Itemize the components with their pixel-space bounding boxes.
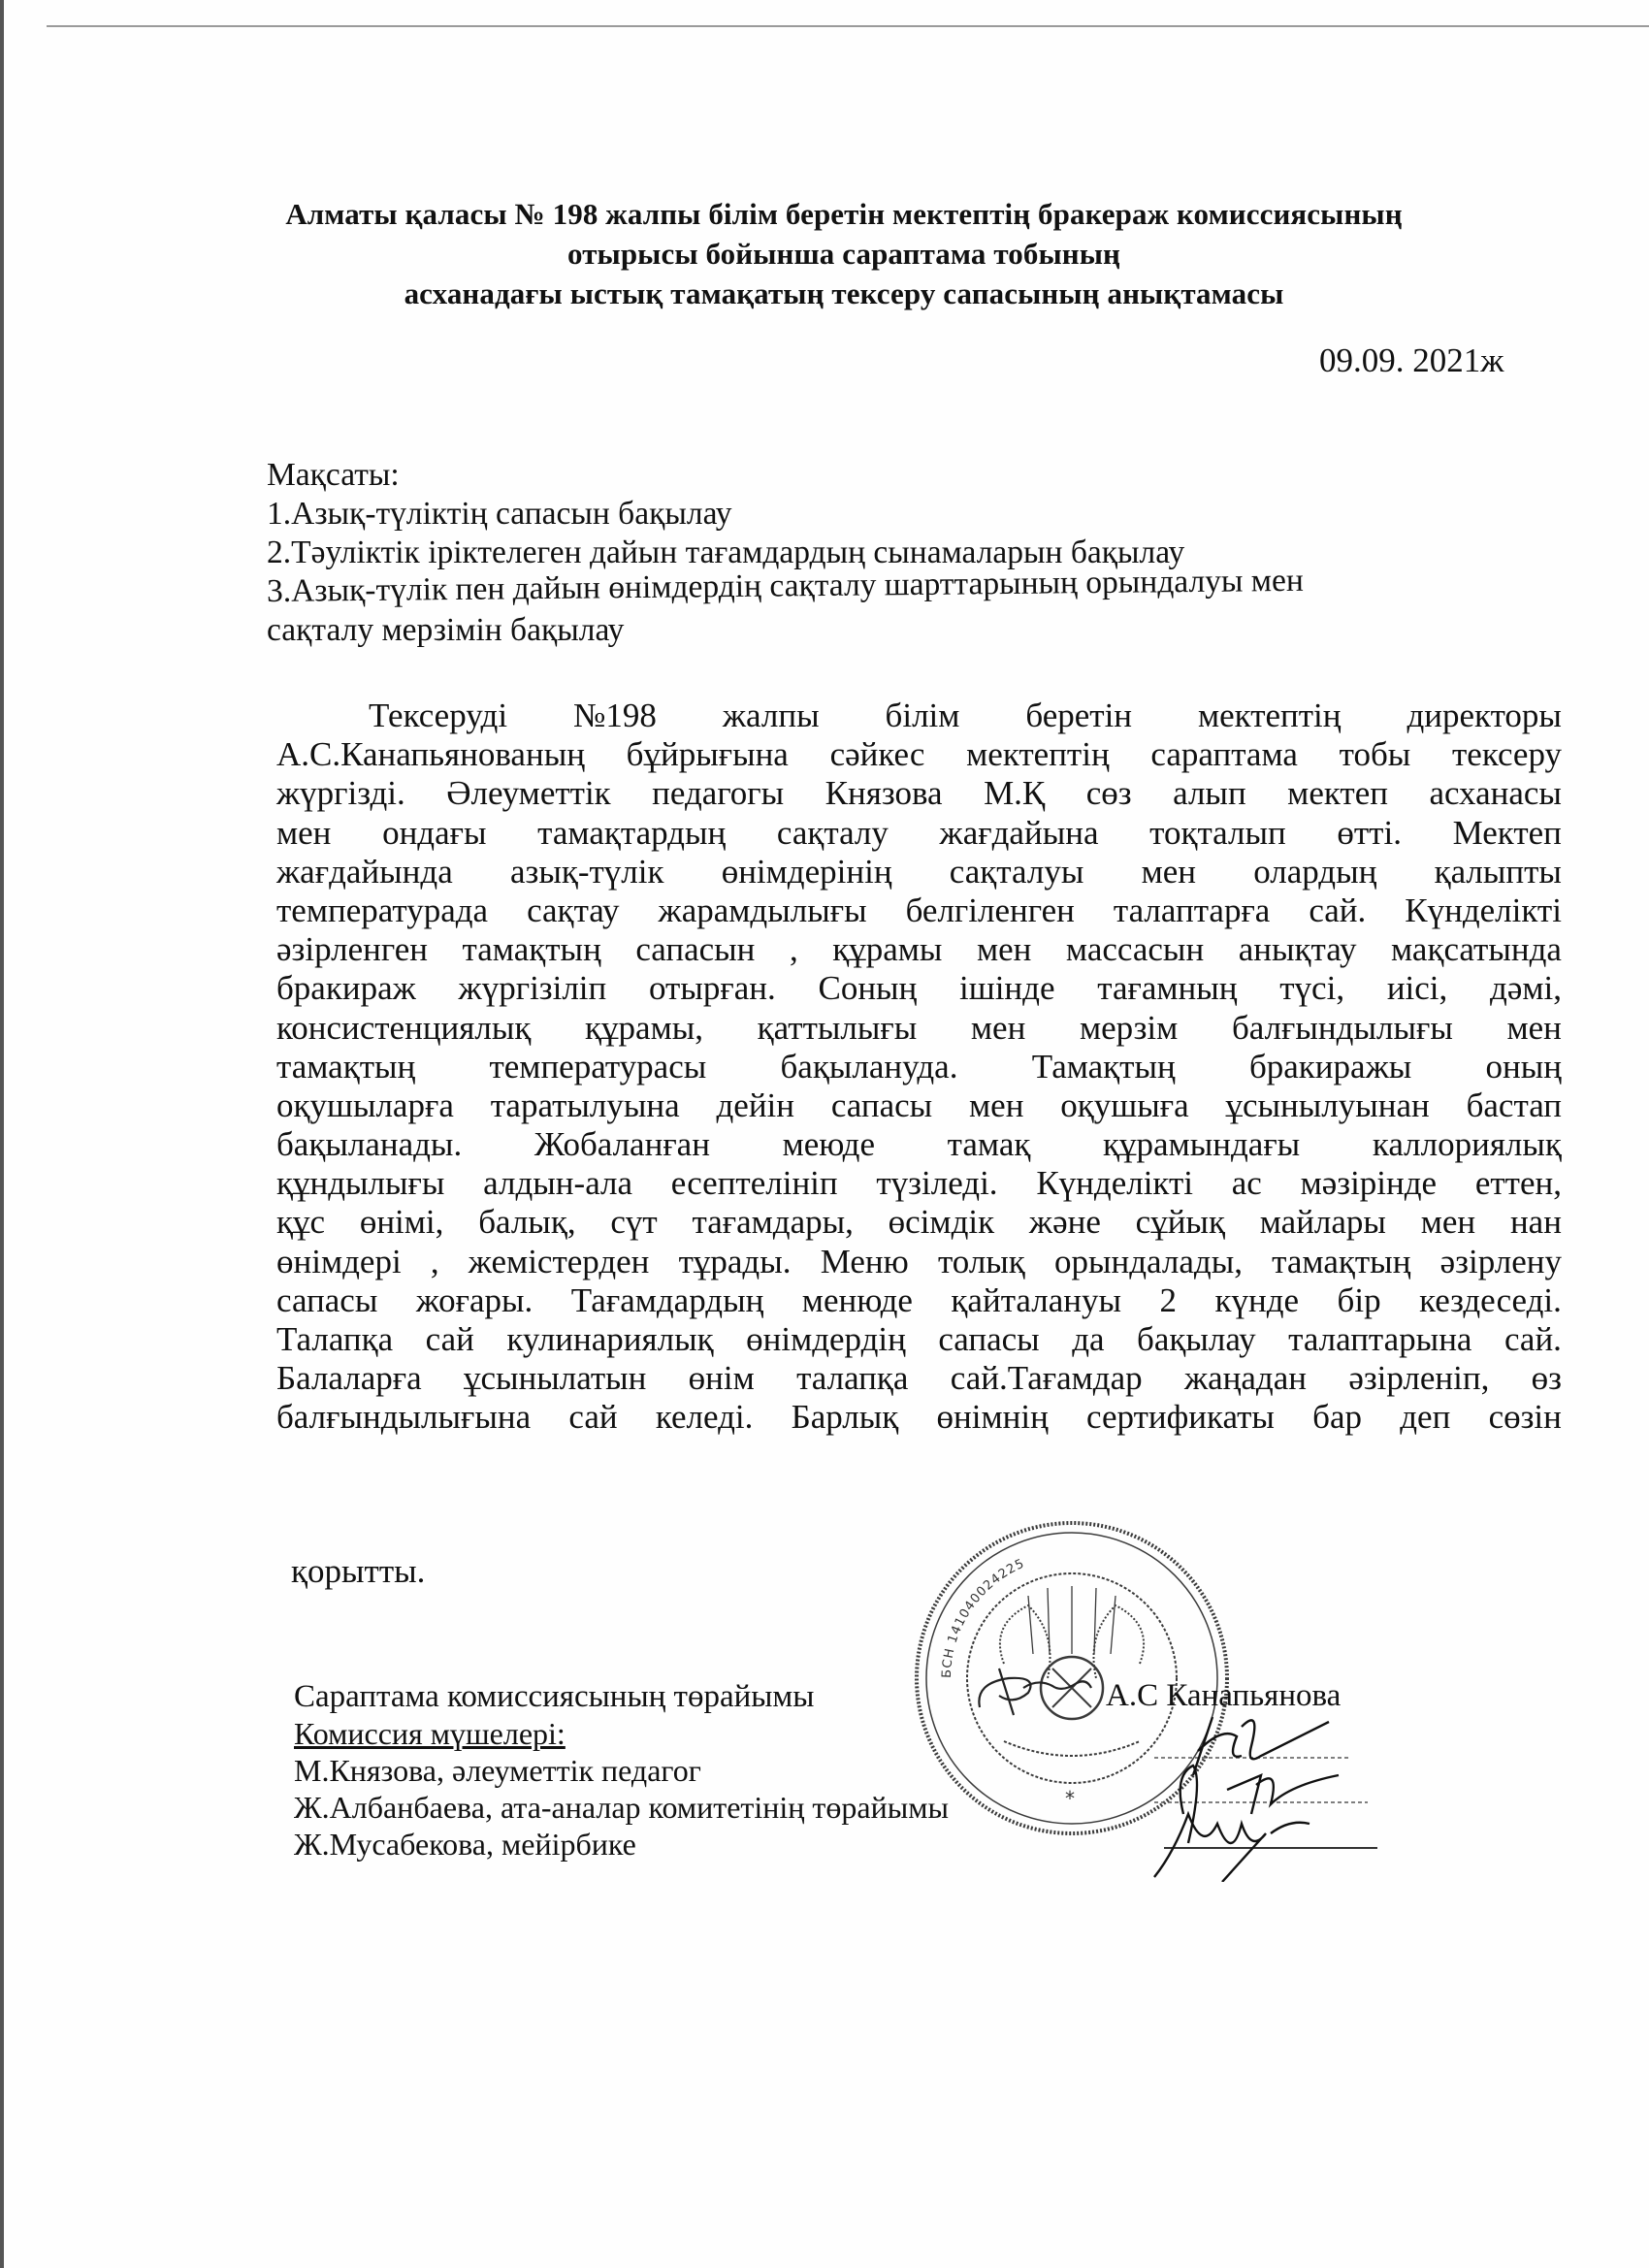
word: келеді. <box>656 1398 754 1437</box>
word: сөзін <box>1489 1398 1562 1437</box>
word: сертификаты <box>1086 1398 1275 1437</box>
word: өнім <box>689 1359 755 1398</box>
word: сараптама <box>1150 735 1298 774</box>
body-line: құндылығыалдын-алаесептелініптүзіледі.Кү… <box>276 1164 1562 1203</box>
word: да <box>1072 1320 1104 1359</box>
word: құндылығы <box>276 1164 444 1203</box>
word: Меню <box>821 1243 909 1281</box>
word: мәзірінде <box>1301 1164 1438 1203</box>
word: бақылануда. <box>780 1048 957 1086</box>
word: нан <box>1510 1203 1562 1242</box>
body-line: сапасыжоғары.Тағамдардыңменюдеқайталануы… <box>276 1281 1562 1320</box>
word: бір <box>1338 1281 1381 1320</box>
word: тобы <box>1340 735 1411 774</box>
body-line: Талапқасайкулинариялықөнімдердіңсапасыда… <box>276 1320 1562 1359</box>
word: өнімі, <box>360 1203 444 1242</box>
word: мектептің <box>966 735 1110 774</box>
word: жағдайында <box>276 853 453 891</box>
word: асханасы <box>1429 774 1562 813</box>
word: сақталуы <box>950 853 1084 891</box>
word: сөз <box>1086 774 1132 813</box>
body-line: балғындылығынасайкеледі.Барлықөнімніңсер… <box>276 1398 1562 1437</box>
closing-word: қорытты. <box>291 1552 425 1591</box>
word: талапқа <box>796 1359 908 1398</box>
word: сәйкес <box>830 735 925 774</box>
word: мен <box>977 930 1031 969</box>
word: өнімдері <box>276 1243 402 1281</box>
chair-signature-icon <box>970 1649 1115 1717</box>
word: Мектеп <box>1453 814 1562 853</box>
word: жарамдылығы <box>659 891 867 930</box>
word: сай. <box>1504 1320 1562 1359</box>
word: бақылау <box>1137 1320 1256 1359</box>
word: сай <box>426 1320 474 1359</box>
word: мақсатында <box>1391 930 1562 969</box>
word: 2 <box>1160 1281 1178 1320</box>
word: деп <box>1400 1398 1450 1437</box>
word: бар <box>1312 1398 1362 1437</box>
word: жағдайына <box>940 814 1099 853</box>
word: қаттылығы <box>758 1009 918 1048</box>
word: Тамақтың <box>1032 1048 1176 1086</box>
word: сай. <box>1309 891 1366 930</box>
word: ұсынылуынан <box>1225 1086 1429 1125</box>
word: өнімдердің <box>746 1320 906 1359</box>
word: құрамы <box>832 930 942 969</box>
word: алдын-ала <box>483 1164 632 1203</box>
word: Тағамдардың <box>571 1281 764 1320</box>
body-line: А.С.Канапьянованыңбұйрығынасәйкесмектепт… <box>276 735 1562 774</box>
word: алып <box>1173 774 1246 813</box>
word: білім <box>886 697 960 735</box>
word: тамақтың <box>1272 1243 1410 1281</box>
body-line: әзірленгентамақтыңсапасын,құрамыменмасса… <box>276 930 1562 969</box>
member-1: М.Князова, әлеуметтік педагог <box>294 1752 949 1789</box>
word: жүргізіліп <box>459 969 607 1008</box>
word: анықтау <box>1239 930 1357 969</box>
word: өнімдерінің <box>722 853 892 891</box>
members-heading: Комиссия мүшелері: <box>294 1715 949 1752</box>
word: балық, <box>478 1203 575 1242</box>
word: бракиражы <box>1249 1048 1411 1086</box>
word: әзірленген <box>276 930 428 969</box>
word: талаптарына <box>1288 1320 1471 1359</box>
word: балғындылығы <box>1232 1009 1453 1048</box>
word: жүргізді. <box>276 774 405 813</box>
word: №198 <box>573 697 657 735</box>
word: массасын <box>1066 930 1204 969</box>
word: мектеп <box>1287 774 1388 813</box>
word: меюде <box>783 1125 875 1164</box>
word: каллориялық <box>1373 1125 1562 1164</box>
word: есептелініп <box>671 1164 838 1203</box>
word: , <box>431 1243 439 1281</box>
word: белгіленген <box>906 891 1075 930</box>
word: құрамындағы <box>1103 1125 1300 1164</box>
body-line: бракиражжүргізіліпотырған.Соныңішіндетағ… <box>276 969 1562 1008</box>
word: бракираж <box>276 969 416 1008</box>
member-signatures-icon <box>1145 1707 1436 1882</box>
word: жоғары. <box>416 1281 533 1320</box>
word: Барлық <box>792 1398 899 1437</box>
word: жалпы <box>723 697 820 735</box>
word: директоры <box>1406 697 1561 735</box>
body-line: құсөнімі,балық,сүттағамдары,өсімдікжәнес… <box>276 1203 1562 1242</box>
word: сақталу <box>777 814 889 853</box>
word: сүт <box>610 1203 657 1242</box>
word: сұйық <box>1136 1203 1225 1242</box>
title-line-2: отырысы бойынша сараптама тобының <box>194 234 1494 274</box>
word: ас <box>1232 1164 1262 1203</box>
word: өз <box>1532 1359 1562 1398</box>
word: мерзім <box>1080 1009 1178 1048</box>
word: дейін <box>716 1086 794 1125</box>
word: күнде <box>1214 1281 1299 1320</box>
body-line: менондағытамақтардыңсақталужағдайынатоқт… <box>276 814 1562 853</box>
body-line: Балаларғаұсынылатынөнімталапқасай.Тағамд… <box>276 1359 1562 1398</box>
member-2: Ж.Албанбаева, ата-аналар комитетінің төр… <box>294 1789 949 1826</box>
word: мен <box>969 1086 1023 1125</box>
word: сапасын <box>635 930 755 969</box>
word: сай <box>568 1398 617 1437</box>
goal-item-3-cont: сақталу мерзімін бақылау <box>267 611 1304 650</box>
body-line: тамақтыңтемпературасыбақылануда.Тамақтың… <box>276 1048 1562 1086</box>
document-title: Алматы қаласы № 198 жалпы білім беретін … <box>194 194 1494 313</box>
scanned-page: Алматы қаласы № 198 жалпы білім беретін … <box>0 0 1649 2268</box>
word: өтті. <box>1337 814 1402 853</box>
word: бақыланады. <box>276 1125 462 1164</box>
word: мен <box>1142 853 1196 891</box>
word: толық <box>938 1243 1025 1281</box>
word: сақтау <box>527 891 619 930</box>
word: тамақтың <box>463 930 601 969</box>
body-line: температурадасақтаужарамдылығыбелгіленге… <box>276 891 1562 930</box>
word: жемістерден <box>469 1243 650 1281</box>
word: мен <box>1507 1009 1562 1048</box>
word: мен <box>1421 1203 1475 1242</box>
word: ұсынылатын <box>464 1359 646 1398</box>
signature-block: Сараптама комиссиясының төрайымы Комисси… <box>294 1678 949 1863</box>
word: құрамы, <box>585 1009 703 1048</box>
word: тағамдары, <box>692 1203 853 1242</box>
word: жаңадан <box>1184 1359 1307 1398</box>
word: талаптарға <box>1114 891 1270 930</box>
word: қайталануы <box>951 1281 1121 1320</box>
word: педагогы <box>652 774 784 813</box>
body-line: жағдайындаазық-түлікөнімдерініңсақталуым… <box>276 853 1562 891</box>
scan-top-line <box>47 25 1649 27</box>
word: Балаларға <box>276 1359 422 1398</box>
word: әзірлену <box>1440 1243 1562 1281</box>
document-date: 09.09. 2021ж <box>1319 341 1503 380</box>
goals-heading: Мақсаты: <box>267 456 1304 495</box>
word: мектептің <box>1198 697 1342 735</box>
word: құс <box>276 1203 325 1242</box>
word: олардың <box>1253 853 1376 891</box>
word: бұйрығына <box>627 735 789 774</box>
word: азық-түлік <box>510 853 664 891</box>
word: Соның <box>818 969 917 1008</box>
word: тамақтың <box>276 1048 415 1086</box>
word: ондағы <box>382 814 486 853</box>
stamp-star: * <box>1065 1787 1075 1810</box>
body-line: бақыланады.Жобаланғанмеюдетамаққұрамында… <box>276 1125 1562 1164</box>
word: оқушыларға <box>276 1086 454 1125</box>
word: консистенциялық <box>276 1009 531 1048</box>
word: температурада <box>276 891 488 930</box>
word: тексеру <box>1452 735 1562 774</box>
body-line: оқушыларғатаратылуынадейінсапасыменоқушы… <box>276 1086 1562 1125</box>
word: қалыпты <box>1435 853 1562 891</box>
word: Күнделікті <box>1036 1164 1193 1203</box>
body-line: консистенциялыққұрамы,қаттылығыменмерзім… <box>276 1009 1562 1048</box>
goals-section: Мақсаты: 1.Азық-түліктің сапасын бақылау… <box>267 456 1304 650</box>
word: дәмі, <box>1490 969 1562 1008</box>
word: сапасы <box>831 1086 932 1125</box>
word: балғындылығына <box>276 1398 531 1437</box>
word: түзіледі. <box>876 1164 997 1203</box>
goal-item-1: 1.Азық-түліктің сапасын бақылау <box>267 495 1304 534</box>
word: кулинариялық <box>506 1320 713 1359</box>
word: А.С.Канапьянованың <box>276 735 585 774</box>
member-3: Ж.Мусабекова, мейірбике <box>294 1826 949 1863</box>
word: Князова <box>825 774 943 813</box>
word: майлары <box>1260 1203 1386 1242</box>
word: тамақтардың <box>537 814 726 853</box>
scan-edge <box>0 0 4 2268</box>
body-paragraph: Тексеруді№198жалпыбілімберетінмектептіңд… <box>276 697 1562 1438</box>
word: сапасы <box>276 1281 377 1320</box>
word: Әлеуметтік <box>446 774 610 813</box>
word: ішінде <box>959 969 1054 1008</box>
title-line-3: асханадағы ыстық тамақатың тексеру сапас… <box>194 274 1494 313</box>
body-line: Тексеруді№198жалпыбілімберетінмектептіңд… <box>276 697 1562 735</box>
word: сапасы <box>938 1320 1039 1359</box>
word: тұрады. <box>679 1243 792 1281</box>
word: мен <box>971 1009 1025 1048</box>
word: , <box>790 930 798 969</box>
word: кездеседі. <box>1419 1281 1562 1320</box>
body-line: жүргізді.ӘлеуметтікпедагогыКнязоваМ.Қсөз… <box>276 774 1562 813</box>
word: М.Қ <box>984 774 1045 813</box>
title-line-1: Алматы қаласы № 198 жалпы білім беретін … <box>194 194 1494 234</box>
body-line: өнімдері,жемістердентұрады.Менютолықорын… <box>276 1243 1562 1281</box>
word: отырған. <box>649 969 776 1008</box>
word: оқушыға <box>1060 1086 1188 1125</box>
word: сай.Тағамдар <box>951 1359 1143 1398</box>
word: тоқталып <box>1149 814 1286 853</box>
word: менюде <box>802 1281 913 1320</box>
word: бастап <box>1467 1086 1562 1125</box>
word: таратылуына <box>491 1086 680 1125</box>
word: әзірленіп, <box>1348 1359 1489 1398</box>
word: Күнделікті <box>1405 891 1562 930</box>
word: Тексеруді <box>369 697 507 735</box>
word: орындалады, <box>1054 1243 1243 1281</box>
word: тағамның <box>1097 969 1237 1008</box>
word: еттен, <box>1475 1164 1562 1203</box>
word: мен <box>276 814 331 853</box>
word: иісі, <box>1387 969 1447 1008</box>
word: температурасы <box>489 1048 706 1086</box>
word: Талапқа <box>276 1320 393 1359</box>
word: Жобаланған <box>534 1125 710 1164</box>
word: өсімдік <box>889 1203 994 1242</box>
word: тамақ <box>948 1125 1031 1164</box>
word: және <box>1029 1203 1101 1242</box>
word: оның <box>1485 1048 1561 1086</box>
word: беретін <box>1025 697 1132 735</box>
chair-label: Сараптама комиссиясының төрайымы <box>294 1678 949 1715</box>
word: өнімнің <box>937 1398 1049 1437</box>
word: түсі, <box>1279 969 1344 1008</box>
